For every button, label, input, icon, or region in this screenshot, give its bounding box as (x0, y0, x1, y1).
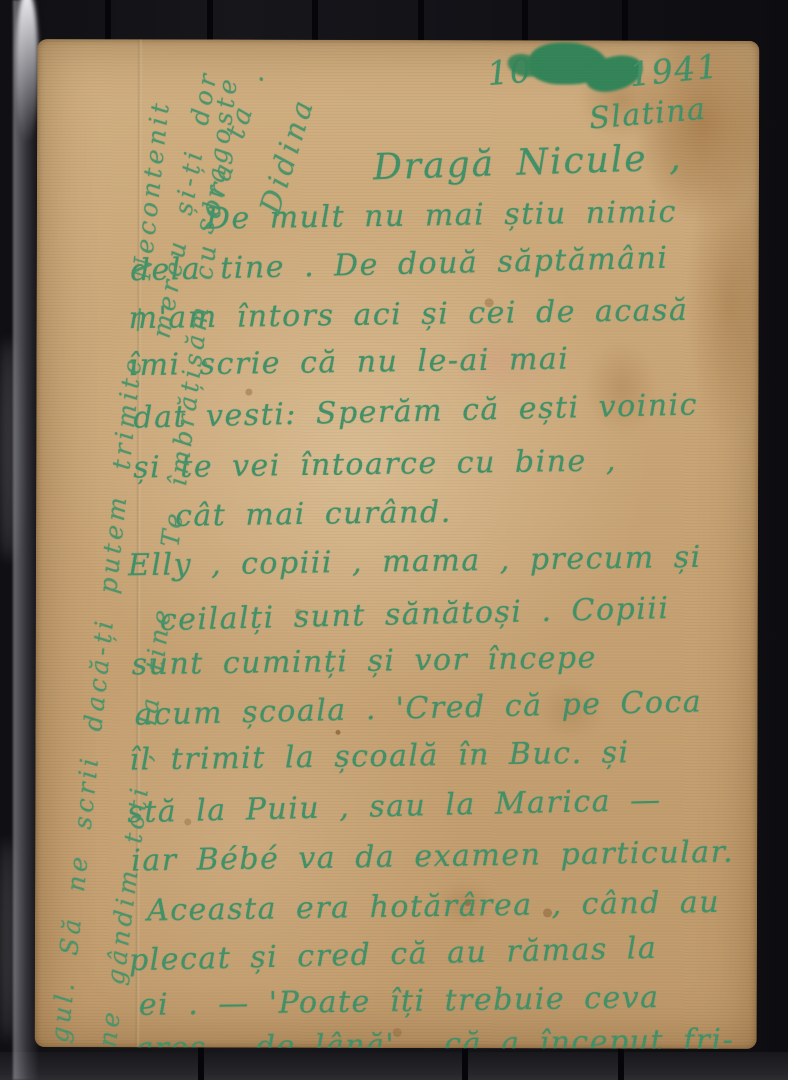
sleeve-notch (207, 0, 213, 42)
letter-line: iar Bébé va da examen particular. (131, 835, 734, 879)
sleeve-notch (312, 0, 318, 42)
scanned-postcard-photo: 10 1941 Slatina Dragă Nicule , De mult n… (0, 0, 788, 1080)
letter-line: gros , de lână' , că a început fri- (133, 1023, 734, 1049)
sleeve-highlight (16, 0, 38, 142)
sleeve-notch (105, 0, 111, 42)
sleeve-reflection (0, 840, 14, 1040)
letter-line: și te vei întoarce cu bine , (133, 443, 617, 485)
sleeve-notch (462, 1046, 468, 1080)
sleeve-reflection (0, 340, 16, 560)
letter-line: stă la Puiu , sau la Marica — (127, 783, 662, 831)
letter-line: Aceasta era hotărârea , când au (147, 885, 721, 928)
sleeve-notch (622, 0, 628, 42)
letter-line: Elly , copiii , mama , precum și (128, 540, 702, 584)
letter-line: ei . — 'Poate îți trebuie ceva (139, 980, 660, 1023)
letter-line: acum școala . 'Cred că pe Coca (134, 684, 702, 732)
sleeve-notch (522, 0, 528, 42)
sleeve-notch (198, 1046, 204, 1080)
signature-name: Didina (253, 93, 321, 218)
sleeve-notch (418, 0, 424, 42)
sleeve-notch (618, 1046, 624, 1080)
letter-line: ceilalți sunt sănătoși . Copiii (159, 591, 669, 638)
salutation: Dragă Nicule , (372, 137, 683, 188)
letter-line: îl trimit la școală în Buc. și (129, 735, 630, 777)
letter-line: plecat și cred că au rămas la (129, 931, 658, 978)
letter-line: sunt cuminți și vor începe (131, 640, 597, 682)
sleeve-bottom-band (0, 1052, 788, 1080)
paper-speckles (336, 730, 341, 735)
letter-line: cât mai curând. (175, 495, 452, 534)
postcard: 10 1941 Slatina Dragă Nicule , De mult n… (35, 39, 760, 1049)
